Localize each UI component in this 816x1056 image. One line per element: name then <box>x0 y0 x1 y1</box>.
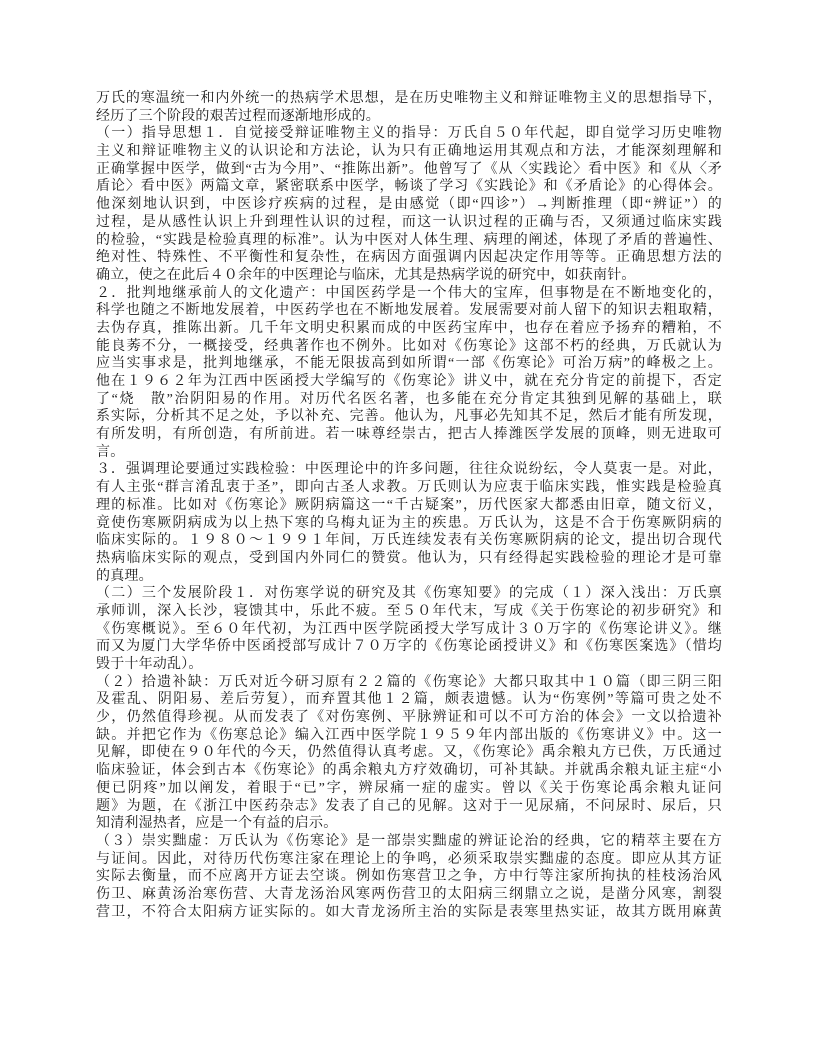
text-line: 科学也随之不断地发展着，中医药学也在不断地发展着。发展需要对前人留下的知识去粗取… <box>96 302 722 320</box>
text-line: 实际去衡量，而不应离开方证去空谈。例如伤寒营卫之争，方中行等注家所拘执的桂枝汤治… <box>96 868 722 886</box>
text-line: 见解，即使在９０年代的今天，仍然值得认真考虑。又，《伤寒论》禹余粮丸方已佚，万氏… <box>96 744 722 762</box>
text-line: 的检验，“实践是检验真理的标准”。认为中医对人体生理、病理的阐述，体现了矛盾的普… <box>96 232 722 250</box>
text-line: 缺。并把它作为《伤寒总论》编入江西中医学院１９５９年内部出版的《伤寒讲义》中。这… <box>96 727 722 745</box>
document-page: 万氏的寒温统一和内外统一的热病学术思想，是在历史唯物主义和辩证唯物主义的思想指导… <box>0 0 816 1056</box>
text-line: 少，仍然值得珍视。从而发表了《对伤寒例、平脉辨证和可以不可方治的体会》一文以拾遗… <box>96 709 722 727</box>
text-line: 伤卫、麻黄汤治寒伤营、大青龙汤治风寒两伤营卫的太阳病三纲鼎立之说，是凿分风寒，割… <box>96 886 722 904</box>
text-line: 应当实事求是，批判地继承，不能无限拔高到如所谓“一部《伤寒论》可治万病”的峰极之… <box>96 355 722 373</box>
text-line: 及霍乱、阴阳易、差后劳复），而弃置其他１２篇，颇表遗憾。认为“伤寒例”等篇可贵之… <box>96 691 722 709</box>
text-line: 他深刻地认识到，中医诊疗疾病的过程，是由感觉（即“四诊”）→判断推理（即“辨证”… <box>96 196 722 214</box>
text-line: 了“烧 散”治阴阳易的作用。对历代名医名著，也多能在充分肯定其独到见解的基础上，… <box>96 391 722 409</box>
text-line: 有人主张“群言淆乱衷于圣”，即向古圣人求教。万氏则认为应衷于临床实践，惟实践是检… <box>96 479 722 497</box>
text-line: 与证间。因此，对待历代伤寒注家在理论上的争鸣，必须采取崇实黜虚的态度。即应从其方… <box>96 851 722 869</box>
text-line: 确立，使之在此后４０余年的中医理论与临床，尤其是热病学说的研究中，如获南针。 <box>96 267 722 285</box>
text-line: 竟使伤寒厥阴病成为以上热下寒的乌梅丸证为主的疾患。万氏认为，这是不合于伤寒厥阴病… <box>96 515 722 533</box>
text-line: （二）三个发展阶段１．对伤寒学说的研究及其《伤寒知要》的完成（１）深入浅出：万氏… <box>96 585 722 603</box>
text-line: 去伪存真，推陈出新。几千年文明史积累而成的中医药宝库中，也存在着应予扬弃的糟粕，… <box>96 320 722 338</box>
text-line: 临床实际的。１９８０～１９９１年间，万氏连续发表有关伤寒厥阴病的论文，提出切合现… <box>96 532 722 550</box>
text-line: 能良莠不分，一概接受，经典著作也不例外。比如对《伤寒论》这部不朽的经典，万氏就认… <box>96 338 722 356</box>
text-line: 知清利湿热者，应是一个有益的启示。 <box>96 815 722 833</box>
text-line: ３．强调理论要通过实践检验：中医理论中的许多问题，往往众说纷纭，令人莫衷一是。对… <box>96 461 722 479</box>
text-line: 热病临床实际的观点，受到国内外同仁的赞赏。他认为，只有经得起实践检验的理论才是可… <box>96 550 722 568</box>
text-line: 理的标准。比如对《伤寒论》厥阴病篇这一“千古疑案”，历代医家大都悉由旧章，随文衍… <box>96 497 722 515</box>
text-line: 正确掌握中医学，做到“古为今用”、“推陈出新”。他曾写了《从〈实践论〉看中医》和… <box>96 161 722 179</box>
text-line: 主义和辩证唯物主义的认识论和方法论，认为只有正确地运用其观点和方法，才能深刻理解… <box>96 143 722 161</box>
text-line: 题》为题，在《浙江中医药杂志》发表了自己的见解。这对于一见尿痛，不问尿时、尿后，… <box>96 798 722 816</box>
text-line: 营卫，不符合太阳病方证实际的。如大青龙汤所主治的实际是表寒里热实证，故其方既用麻… <box>96 904 722 922</box>
text-line: 有所发明，有所创造，有所前进。若一味尊经崇古，把古人捧潍医学发展的顶峰，则无进取… <box>96 426 722 444</box>
text-line: 经历了三个阶段的艰苦过程而逐渐地形成的。 <box>96 108 722 126</box>
text-line: 绝对性、特殊性、不平衡性和复杂性，在病因方面强调内因起决定作用等等。正确思想方法… <box>96 249 722 267</box>
text-line: 而又为厦门大学华侨中医函授部写成计７０万字的《伤寒论函授讲义》和《伤寒医案选》（… <box>96 638 722 656</box>
text-line: 他在１９６２年为江西中医函授大学编写的《伤寒论》讲义中，就在充分肯定的前提下，否… <box>96 373 722 391</box>
text-line: 的真理。 <box>96 568 722 586</box>
text-line: （一）指导思想１．自觉接受辩证唯物主义的指导：万氏自５０年代起，即自觉学习历史唯… <box>96 125 722 143</box>
text-line: 过程，是从感性认识上升到理性认识的过程，而这一认识过程的正确与否，又须通过临床实… <box>96 214 722 232</box>
document-text-block: 万氏的寒温统一和内外统一的热病学术思想，是在历史唯物主义和辩证唯物主义的思想指导… <box>96 90 722 921</box>
text-line: 言。 <box>96 444 722 462</box>
text-line: 系实际，分析其不足之处，予以补充、完善。他认为，凡事必先知其不足，然后才能有所发… <box>96 408 722 426</box>
text-line: （３）崇实黜虚：万氏认为《伤寒论》是一部崇实黜虚的辨证论治的经典，它的精萃主要在… <box>96 833 722 851</box>
text-line: 万氏的寒温统一和内外统一的热病学术思想，是在历史唯物主义和辩证唯物主义的思想指导… <box>96 90 722 108</box>
text-line: 承师训，深入长沙，寝馈其中，乐此不疲。至５０年代末，写成《关于伤寒论的初步研究》… <box>96 603 722 621</box>
text-line: （２）拾遗补缺：万氏对近今研习原有２２篇的《伤寒论》大都只取其中１０篇（即三阴三… <box>96 674 722 692</box>
text-line: 便已阴疼”加以阐发，着眼于“已”字，辨尿痛一症的虚实。曾以《关于伤寒论禹余粮丸证… <box>96 780 722 798</box>
text-line: 临床验证，体会到古本《伤寒论》的禹余粮丸方疗效确切，可补其缺。并就禹余粮丸证主症… <box>96 762 722 780</box>
text-line: 盾论〉看中医》两篇文章，紧密联系中医学，畅谈了学习《实践论》和《矛盾论》的心得体… <box>96 178 722 196</box>
text-line: 《伤寒概说》。至６０年代初，为江西中医学院函授大学写成计３０万字的《伤寒论讲义》… <box>96 621 722 639</box>
text-line: ２．批判地继承前人的文化遗产：中国医药学是一个伟大的宝库，但事物是在不断地变化的… <box>96 285 722 303</box>
text-line: 毁于十年动乱）。 <box>96 656 722 674</box>
